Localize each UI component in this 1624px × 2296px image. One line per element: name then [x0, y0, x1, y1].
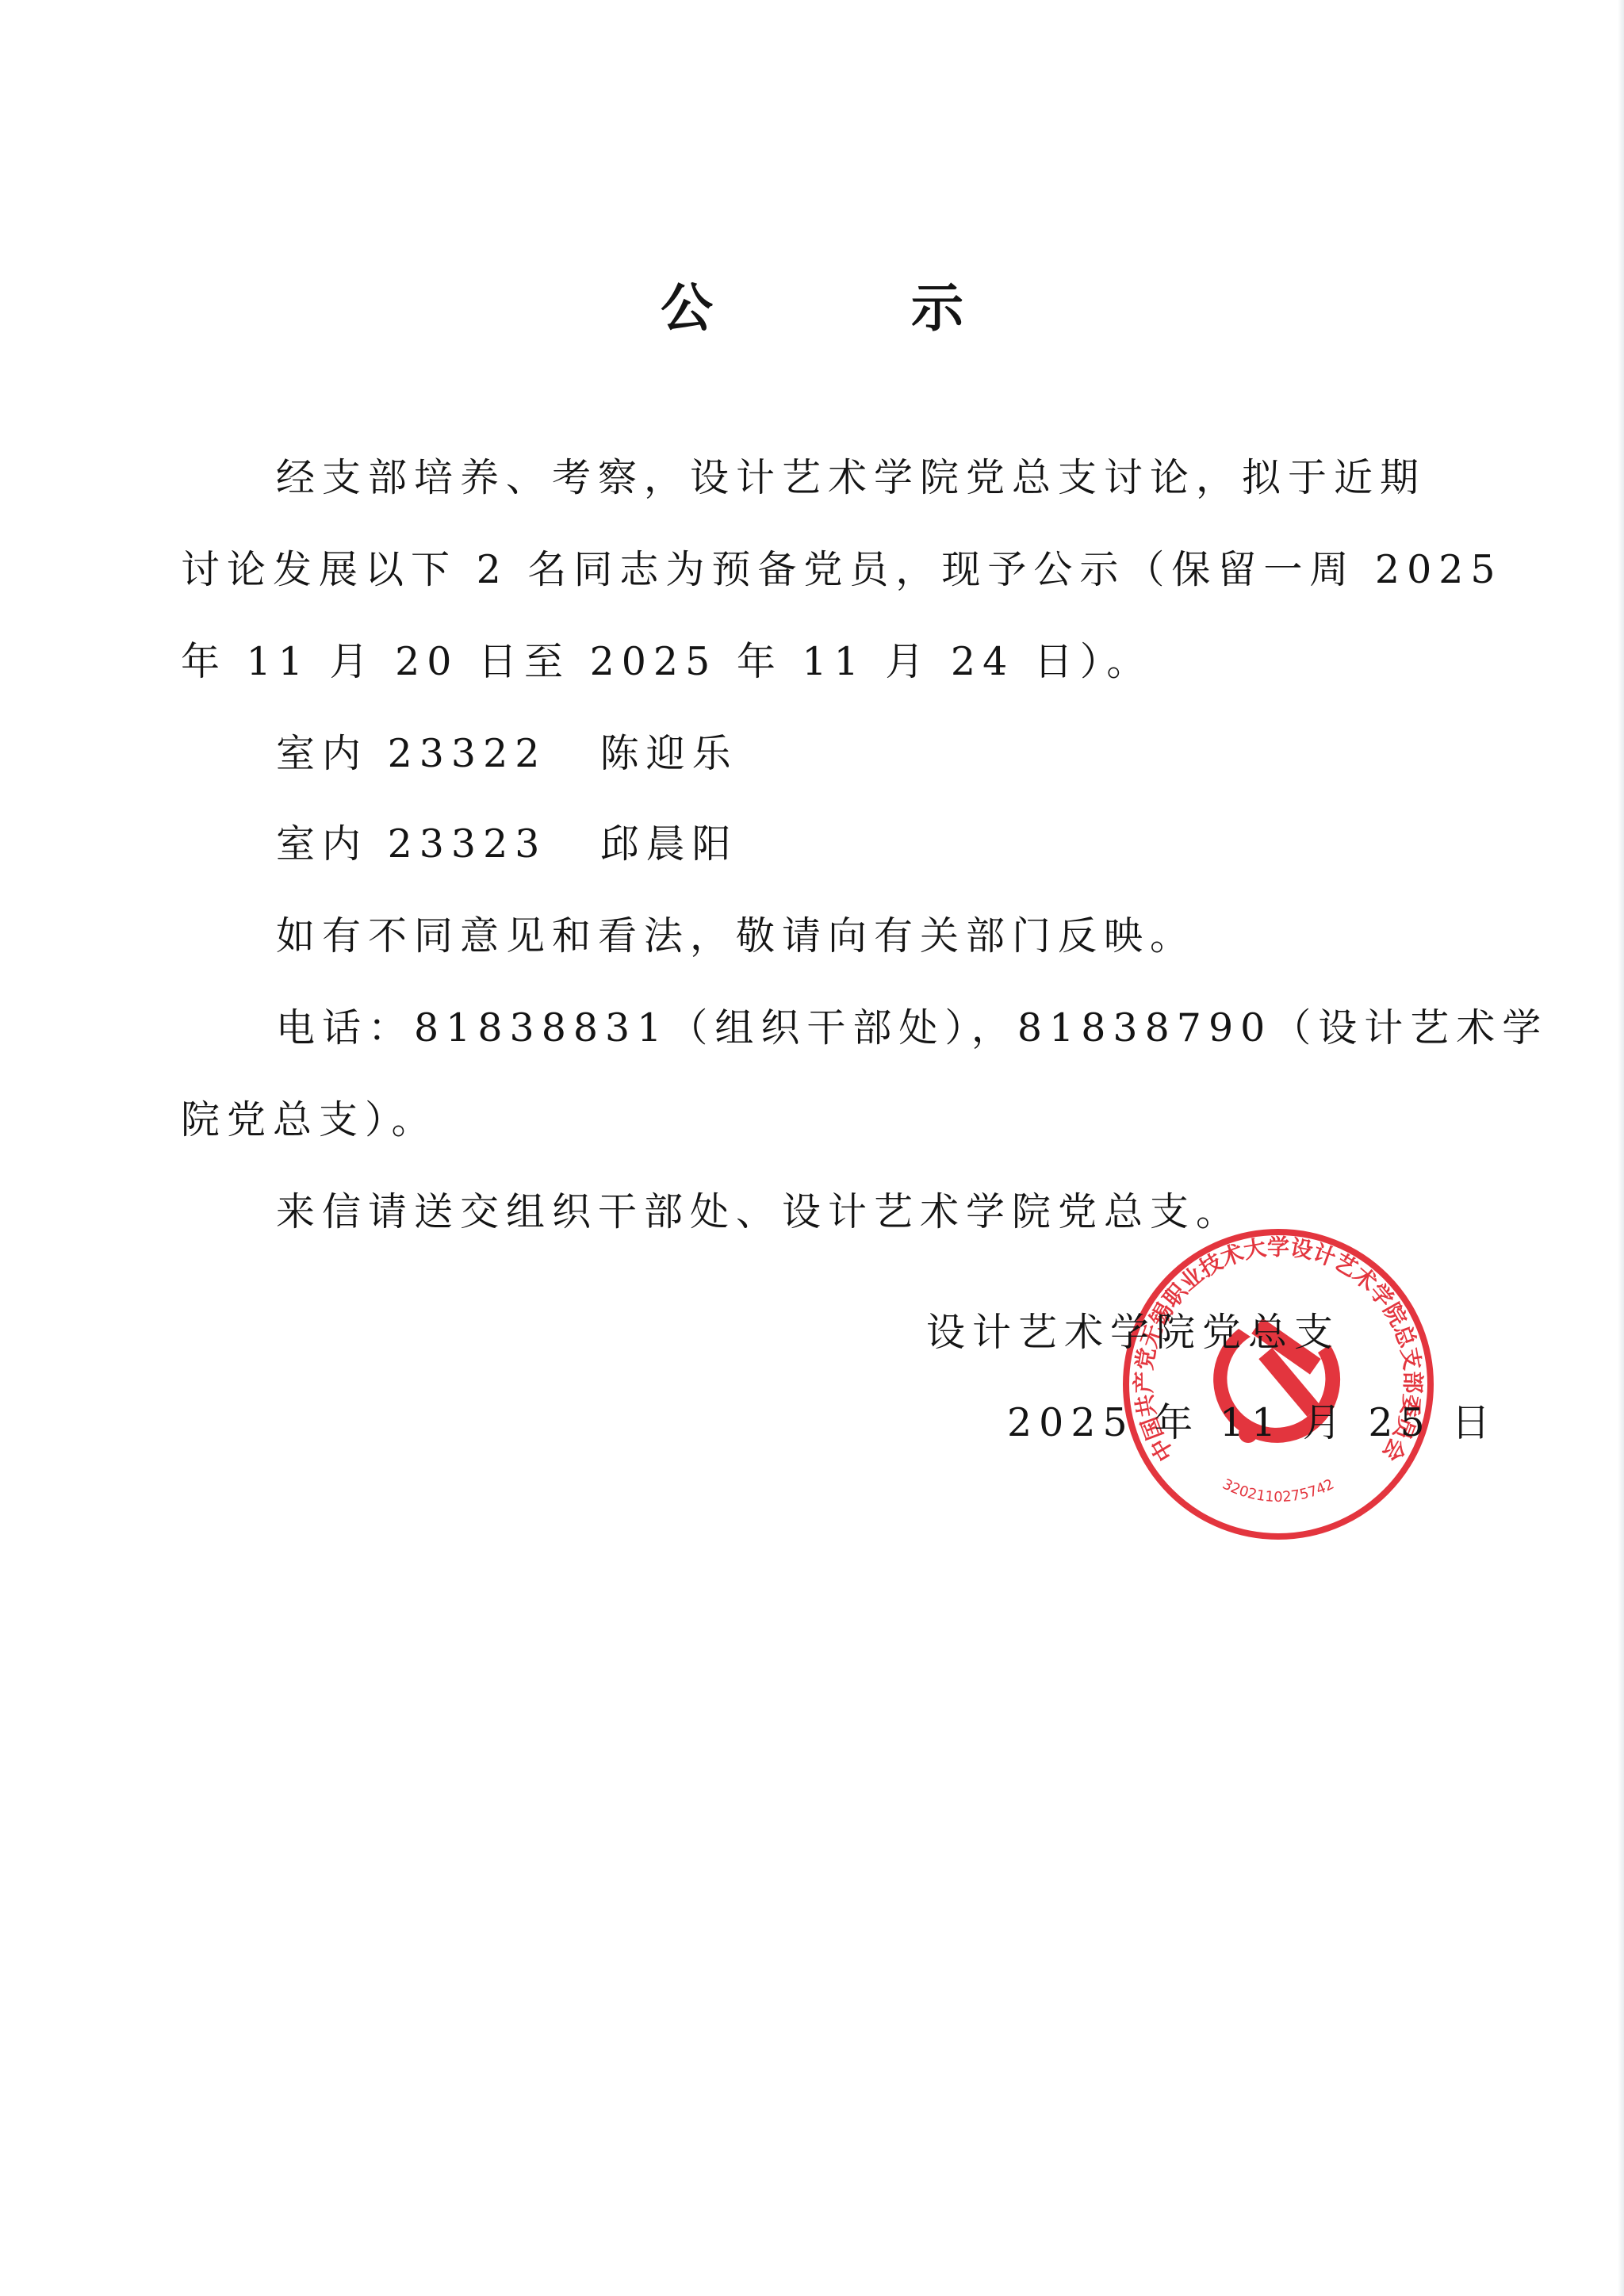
- candidate-name: 邱晨阳: [600, 821, 738, 867]
- official-seal: 中国共产党无锡职业技术大学设计艺术学院总支部委员会 3202110275742: [1120, 1226, 1437, 1543]
- signature-date: 2025 年 11 月 25 日: [1007, 1395, 1497, 1451]
- paragraph-1-line-3: 年 11 月 20 日至 2025 年 11 月 24 日）。: [181, 634, 1152, 690]
- phone-line-1: 电话：81838831（组织干部处），81838790（设计艺术学: [276, 1001, 1548, 1056]
- title-char-1: 公: [661, 266, 713, 341]
- candidate-class: 室内 23322: [276, 731, 546, 776]
- page-edge-shadow: [1618, 0, 1624, 2296]
- paragraph-1-line-1: 经支部培养、考察，设计艺术学院党总支讨论，拟于近期: [276, 450, 1426, 506]
- seal-code-text: 3202110275742: [1220, 1476, 1337, 1506]
- page-title: 公 示: [0, 266, 1624, 341]
- candidate-row-1: 室内 23322 陈迎乐: [276, 726, 738, 782]
- paragraph-1-line-2: 讨论发展以下 2 名同志为预备党员，现予公示（保留一周 2025: [181, 542, 1503, 598]
- candidate-name: 陈迎乐: [600, 731, 738, 776]
- candidate-row-2: 室内 23323 邱晨阳: [276, 817, 738, 872]
- signature-issuer: 设计艺术学院党总支: [926, 1305, 1340, 1360]
- phone-line-2: 院党总支）。: [181, 1093, 438, 1148]
- candidate-class: 室内 23323: [276, 821, 546, 867]
- title-char-2: 示: [911, 266, 963, 341]
- feedback-text: 如有不同意见和看法，敬请向有关部门反映。: [276, 909, 1196, 964]
- letters-text: 来信请送交组织干部处、设计艺术学院党总支。: [276, 1184, 1242, 1240]
